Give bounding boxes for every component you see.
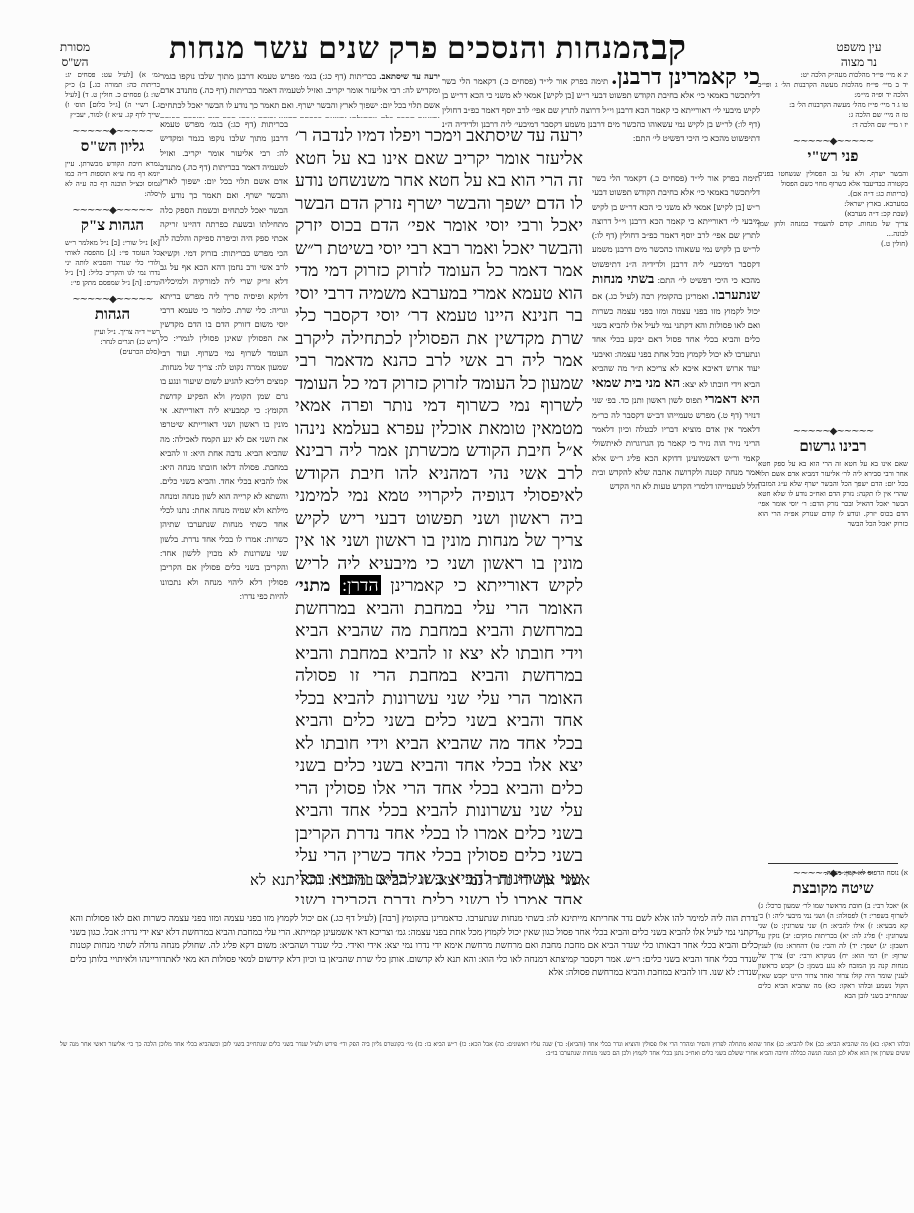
rabbeinu-gershom-body: שאם אינו בא על חטא זה הרי הוא בא על ספק … — [758, 459, 908, 859]
hagahot-tzak-title: הגהות צ"ק — [65, 218, 160, 235]
rashi-opening: כי קאמרינן דרבנן. — [612, 70, 761, 89]
pnei-rashi-entry: (חולין ט.) — [758, 239, 908, 249]
ein-mishpat-entries: יג א מיי׳ פי״ד מהלכות מעה״ק הלכה יט: יד … — [758, 70, 908, 130]
tosafot-column: בכריתות (דף כג:) בגמ׳ מפרש טעמא דרבנן מת… — [160, 118, 288, 913]
ein-mishpat-entry: טו ג ד מיי׳ פי״ז מהל׳ מעשה הקרבנות הל׳ ב… — [758, 100, 908, 110]
left-margin: גמ׳ א) [לעיל עט: פסחים יג: כריתות כה: תמ… — [65, 70, 160, 357]
hagahot-title: הגהות — [65, 307, 160, 324]
mishnah-text: האומר הרי עלי במחבת והביא במרחשת במרחשת … — [295, 598, 583, 905]
rabbeinu-gershom-title: רבינו גרשום — [758, 439, 908, 456]
divider-ornament: ~~~~~◆~~~~~ — [758, 868, 908, 879]
rashi-text-3: תפוס לשון ראשון ותנן כד. בפ׳ שני דנזיר (… — [592, 396, 760, 491]
divider-ornament: ~~~~~◆~~~~~ — [65, 126, 160, 137]
pnei-rashi-entry: במערבא. בארץ ישראל: — [758, 199, 908, 209]
gemara-paragraph: ירעה עד שיסתאב וימכר ויפלו דמיו לנדבה ר׳… — [295, 125, 583, 595]
mishnah-label: מתני׳ — [295, 575, 330, 595]
masoret-hashas-body: גמ׳ א) [לעיל עט: פסחים יג: כריתות כה: תמ… — [65, 70, 160, 120]
shita-mekubetzet-body: א) יאכל רבי: ב) חובת מראשר שמו לר׳ שמעון… — [758, 901, 908, 1041]
ein-mishpat-heading: עין משפט נר מצוה — [824, 40, 894, 70]
rabbeinu-gershom-section: ~~~~~◆~~~~~ רבינו גרשום שאם אינו בא על ח… — [758, 420, 908, 878]
hashas-label: הש"ס — [40, 55, 110, 70]
page-title: המנחות והנסכים פרק שנים עשר מנחות — [290, 32, 650, 66]
hagahot-tzak-body: [א] נ״ל שורי: [ב] נ״ל מאלמר ר״ש כל העומד… — [65, 238, 160, 288]
gemara-text: ירעה עד שיסתאב וימכר ויפלו דמיו לנדבה ר׳… — [295, 124, 583, 904]
divider-ornament: ~~~~~◆~~~~~ — [758, 136, 908, 147]
tosafot-text-cont: בכריתות (דף כג:) בגמ׳ מפרש טעמא דרבנן מת… — [160, 120, 288, 601]
masoret-hashas-heading: מסורת הש"ס — [40, 40, 110, 70]
pnei-rashi-entry: והבשר ישרף. ולא על גב הפסולין שנשחטו בפנ… — [758, 169, 908, 189]
pnei-rashi-body: והבשר ישרף. ולא על גב הפסולין שנשחטו בפנ… — [758, 169, 908, 249]
ein-mishpat-entry: יד ב מיי׳ פי״ח מהלכות מעשה הקרבנות הל׳ ג… — [758, 80, 908, 100]
ein-mishpat-entry: יז ו מיי׳ שם הלכה ד: — [758, 120, 908, 130]
pnei-rashi-title: פני רש"י — [758, 149, 908, 166]
masoret-label: מסורת — [40, 40, 110, 55]
gilyon-hashas-body: גמרא חיבת הקודש מכשרתן. עיין יומא דף מח … — [65, 159, 160, 199]
pnei-rashi-entry: (שבת קכ: ד״ה מערבא) — [758, 209, 908, 219]
ner-mitzvah-label: נר מצוה — [824, 55, 894, 70]
divider-ornament: ~~~~~◆~~~~~ — [758, 426, 908, 437]
ein-mishpat-label: עין משפט — [824, 40, 894, 55]
shita-mekubetzet-section: ~~~~~◆~~~~~ שיטה מקובצת א) יאכל רבי: ב) … — [758, 862, 908, 1041]
shita-mekubetzet-title: שיטה מקובצת — [758, 881, 908, 898]
bottom-commentary: נדרת הוה ליה למימר להו אלא לשם נדר אחרית… — [70, 912, 758, 1037]
ein-mishpat-entry: טז ה מיי׳ שם הלכה ג: — [758, 110, 908, 120]
ein-mishpat-entry: יג א מיי׳ פי״ד מהלכות מעה״ק הלכה יט: — [758, 70, 908, 80]
hagahot-body: רש״י ד״ה צריך. נ״ל ועיין — [65, 327, 160, 337]
gilyon-hashas-title: גליון הש"ס — [65, 139, 160, 156]
pnei-rashi-entry: (כריתות כג: ד״ה אם). — [758, 189, 908, 199]
rashi-column: תימה בפרק אור לי״ד (פסחים כ.) דקאמר הלי … — [592, 172, 760, 912]
pnei-rashi-entry: צריך של מנחות. קודם להעמיד כמנחה ולחן שמ… — [758, 219, 908, 239]
tosafot-opening: ירעה עד שיסתאב. — [379, 72, 440, 81]
footnotes: ובלהו ראקו: כא) מה שהביא הביא: כב) אלו ל… — [60, 1040, 910, 1070]
gemara-last-line: אומר אף ידי נדרו נמי יצא: זו להביא במחבת… — [250, 870, 590, 894]
hagahot-line: (סלם הכרעים) — [65, 347, 160, 357]
hadran-label: הדרן: — [340, 575, 380, 595]
rashi-text-cont: תימה בפרק אור לי״ד (פסחים כ.) דקאמר הלי … — [592, 174, 760, 285]
tosafot-top: ירעה עד שיסתאב. בכריתות (דף כג:) בגמ׳ מפ… — [160, 70, 440, 118]
divider-ornament: ~~~~~◆~~~~~ — [65, 294, 160, 305]
right-margin: יג א מיי׳ פי״ד מהלכות מעה״ק הלכה יט: יד … — [758, 70, 908, 249]
hagahot-line: (ריש כנ) תגרים לנחר: — [65, 337, 160, 347]
divider-ornament: ~~~~~◆~~~~~ — [65, 205, 160, 216]
